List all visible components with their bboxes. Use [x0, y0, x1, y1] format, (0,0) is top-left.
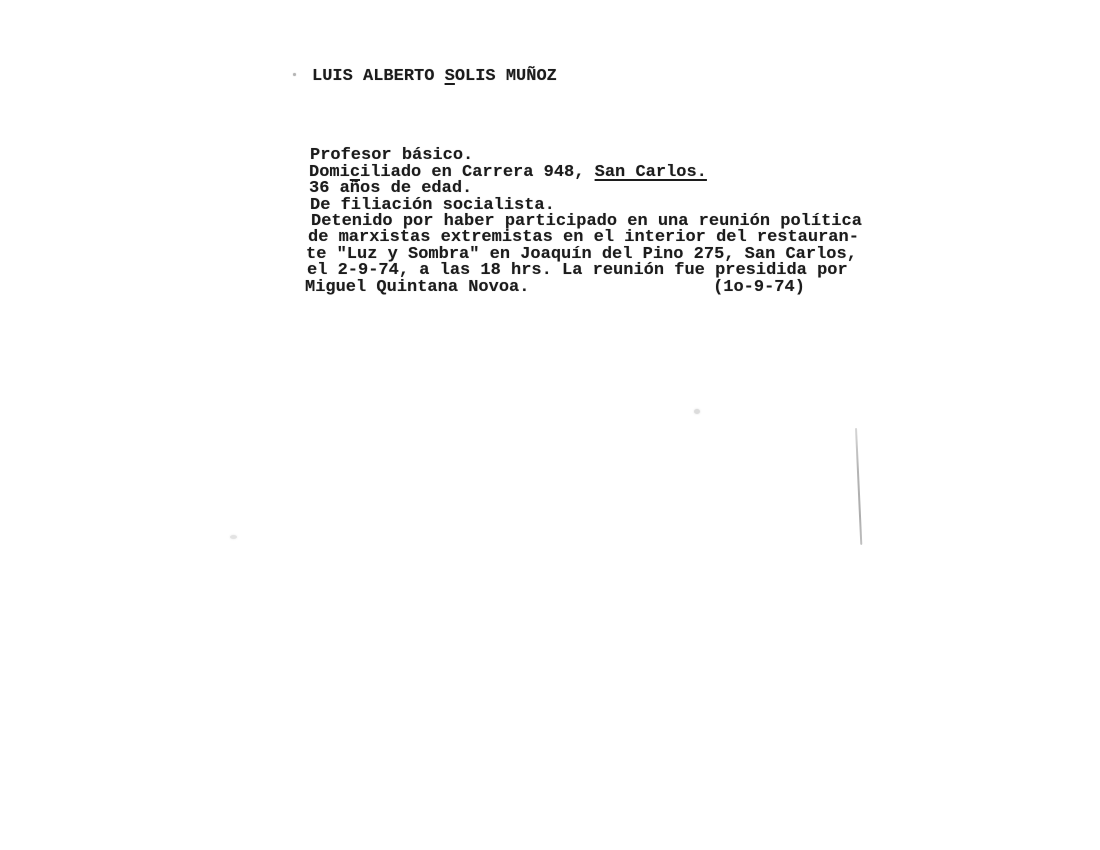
text-segment: OLIS MUÑOZ — [455, 67, 557, 86]
scan-artifact-mark — [293, 73, 296, 76]
document-title: LUIS ALBERTO SOLIS MUÑOZ — [312, 69, 862, 85]
text-segment: LUIS ALBERTO — [312, 67, 445, 86]
typewritten-text-block: LUIS ALBERTO SOLIS MUÑOZ Profesor básico… — [305, 36, 862, 296]
underlined-text: San Carlos. — [595, 163, 707, 182]
text-segment: Miguel Quintana Novoa. — [305, 278, 529, 297]
scan-artifact-vertical-line — [855, 428, 862, 545]
scan-artifact-mark — [230, 535, 237, 539]
text-segment: (1o-9-74) — [713, 278, 805, 297]
text-segment — [529, 278, 713, 297]
document-line: Miguel Quintana Novoa. (1o-9-74) — [305, 280, 862, 296]
scanned-document-page: LUIS ALBERTO SOLIS MUÑOZ Profesor básico… — [0, 0, 1100, 850]
scan-artifact-mark — [694, 409, 700, 414]
underlined-text: S — [445, 67, 455, 86]
